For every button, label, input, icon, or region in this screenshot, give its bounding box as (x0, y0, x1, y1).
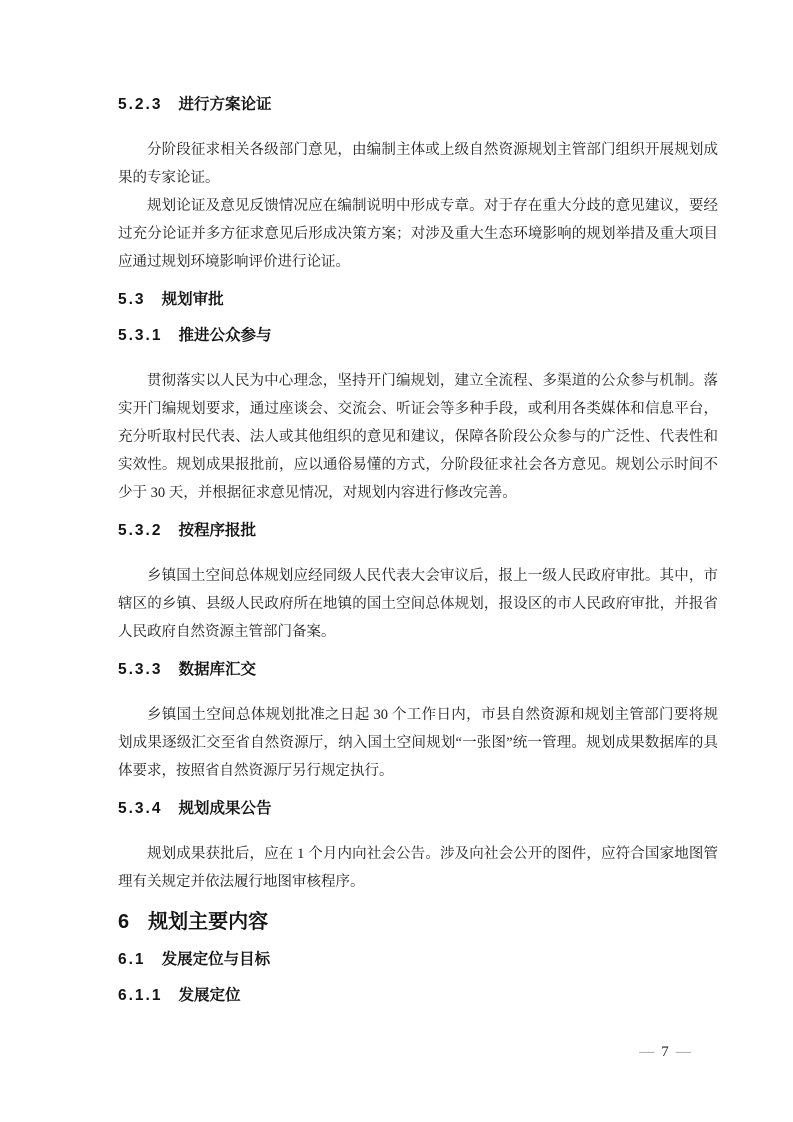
paragraph: 贯彻落实以人民为中心理念，坚持开门编规划，建立全流程、多渠道的公众参与机制。落实… (118, 367, 718, 507)
heading-number: 5.2.3 (118, 96, 162, 113)
heading-title: 规划审批 (162, 291, 224, 308)
heading-title: 按程序报批 (178, 522, 256, 539)
heading-number: 5.3.2 (118, 522, 162, 539)
heading-title: 规划成果公告 (178, 800, 271, 817)
heading-number: 5.3.4 (118, 800, 162, 817)
heading-6: 6规划主要内容 (118, 908, 718, 936)
paragraph: 分阶段征求相关各级部门意见，由编制主体或上级自然资源规划主管部门组织开展规划成果… (118, 136, 718, 192)
heading-5-3-2: 5.3.2按程序报批 (118, 521, 718, 541)
paragraph: 规划论证及意见反馈情况应在编制说明中形成专章。对于存在重大分歧的意见建议，要经过… (118, 192, 718, 276)
page-footer: —7— (605, 1042, 725, 1062)
footer-dash-right: — (676, 1044, 691, 1060)
paragraph: 规划成果获批后，应在 1 个月内向社会公告。涉及向社会公开的图件，应符合国家地图… (118, 840, 718, 896)
heading-5-3: 5.3规划审批 (118, 290, 718, 310)
heading-title: 数据库汇交 (178, 661, 256, 678)
heading-number: 5.3 (118, 291, 146, 308)
page-number: 7 (661, 1044, 669, 1060)
heading-5-3-4: 5.3.4规划成果公告 (118, 799, 718, 819)
heading-number: 6.1.1 (118, 987, 162, 1004)
heading-title: 发展定位 (178, 987, 240, 1004)
heading-5-2-3: 5.2.3进行方案论证 (118, 95, 718, 115)
document-body: 5.2.3进行方案论证分阶段征求相关各级部门意见，由编制主体或上级自然资源规划主… (118, 95, 718, 1027)
footer-dash-left: — (639, 1044, 654, 1060)
heading-number: 6 (118, 911, 130, 933)
paragraph: 乡镇国土空间总体规划批准之日起 30 个工作日内，市县自然资源和规划主管部门要将… (118, 701, 718, 785)
heading-5-3-3: 5.3.3数据库汇交 (118, 660, 718, 680)
heading-5-3-1: 5.3.1推进公众参与 (118, 326, 718, 346)
heading-title: 推进公众参与 (178, 327, 271, 344)
heading-6-1-1: 6.1.1发展定位 (118, 986, 718, 1006)
heading-number: 5.3.3 (118, 661, 162, 678)
heading-title: 发展定位与目标 (162, 951, 271, 968)
document-page: 5.2.3进行方案论证分阶段征求相关各级部门意见，由编制主体或上级自然资源规划主… (0, 0, 793, 1122)
heading-number: 6.1 (118, 951, 146, 968)
heading-title: 规划主要内容 (148, 911, 268, 933)
paragraph: 乡镇国土空间总体规划应经同级人民代表大会审议后，报上一级人民政府审批。其中，市辖… (118, 562, 718, 646)
heading-6-1: 6.1发展定位与目标 (118, 950, 718, 970)
heading-number: 5.3.1 (118, 327, 162, 344)
heading-title: 进行方案论证 (178, 96, 271, 113)
